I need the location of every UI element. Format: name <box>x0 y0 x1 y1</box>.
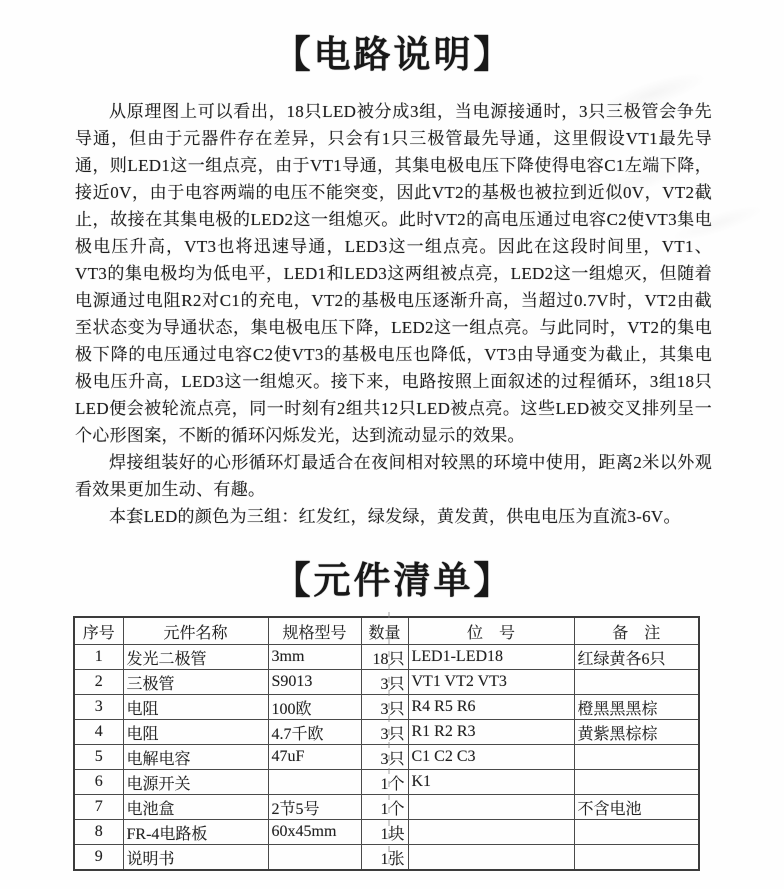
table-row: 1发光二极管3mm18只LED1-LED18红绿黄各6只 <box>74 645 699 670</box>
table-cell: 4.7千欧 <box>268 720 361 745</box>
table-cell: 3 <box>74 695 123 720</box>
table-row: 6电源开关1个K1 <box>74 770 699 795</box>
table-cell: C1 C2 C3 <box>408 745 574 770</box>
table-cell: 不含电池 <box>574 795 699 820</box>
table-cell: 18只 <box>361 645 408 670</box>
table-cell: VT1 VT2 VT3 <box>408 670 574 695</box>
table-cell: K1 <box>408 770 574 795</box>
table-row: 7电池盒2节5号1个不含电池 <box>74 795 699 820</box>
table-cell: 3只 <box>361 720 408 745</box>
table-cell: 电阻 <box>123 720 268 745</box>
table-cell <box>574 845 699 871</box>
table-cell: 47uF <box>268 745 361 770</box>
table-cell <box>408 820 574 845</box>
paragraph-circuit-operation: 从原理图上可以看出，18只LED被分成3组，当电源接通时，3只三极管会争先导通，… <box>75 98 712 449</box>
table-cell: 1张 <box>361 845 408 871</box>
table-cell: S9013 <box>268 670 361 695</box>
table-cell: 1块 <box>361 820 408 845</box>
table-cell <box>268 770 361 795</box>
table-cell: 三极管 <box>123 670 268 695</box>
table-cell: 100欧 <box>268 695 361 720</box>
table-row: 8FR-4电路板60x45mm1块 <box>74 820 699 845</box>
table-cell <box>408 795 574 820</box>
table-row: 9说明书1张 <box>74 845 699 871</box>
table-cell: LED1-LED18 <box>408 645 574 670</box>
table-cell: 3只 <box>361 695 408 720</box>
section-title-circuit-description: 【电路说明】 <box>75 34 712 76</box>
table-cell: 3只 <box>361 745 408 770</box>
table-cell: R4 R5 R6 <box>408 695 574 720</box>
header-quantity: 数量 <box>361 617 408 645</box>
table-cell: 橙黑黑黑棕 <box>574 695 699 720</box>
table-row: 5电解电容47uF3只C1 C2 C3 <box>74 745 699 770</box>
table-cell: R1 R2 R3 <box>408 720 574 745</box>
table-cell: 60x45mm <box>268 820 361 845</box>
table-row: 4电阻4.7千欧3只R1 R2 R3黄紫黑棕棕 <box>74 720 699 745</box>
header-remarks: 备 注 <box>574 617 699 645</box>
header-designator: 位 号 <box>408 617 574 645</box>
circuit-description-body: 从原理图上可以看出，18只LED被分成3组，当电源接通时，3只三极管会争先导通，… <box>75 98 712 530</box>
table-cell: 电阻 <box>123 695 268 720</box>
paragraph-led-colors: 本套LED的颜色为三组：红发红，绿发绿，黄发黄，供电电压为直流3-6V。 <box>75 503 712 530</box>
table-cell: 1个 <box>361 770 408 795</box>
table-row: 2三极管S90133只VT1 VT2 VT3 <box>74 670 699 695</box>
table-cell: 4 <box>74 720 123 745</box>
table-cell: 红绿黄各6只 <box>574 645 699 670</box>
header-component-name: 元件名称 <box>123 617 268 645</box>
table-cell: 2节5号 <box>268 795 361 820</box>
table-cell <box>408 845 574 871</box>
table-cell <box>574 770 699 795</box>
table-cell: 5 <box>74 745 123 770</box>
table-cell: 3只 <box>361 670 408 695</box>
table-cell: 电池盒 <box>123 795 268 820</box>
table-cell: 3mm <box>268 645 361 670</box>
table-header-row: 序号 元件名称 规格型号 数量 位 号 备 注 <box>74 617 699 645</box>
table-cell: 6 <box>74 770 123 795</box>
section-title-parts-list: 【元件清单】 <box>75 560 712 602</box>
table-cell: 电源开关 <box>123 770 268 795</box>
table-cell: 8 <box>74 820 123 845</box>
header-index: 序号 <box>74 617 123 645</box>
table-cell <box>574 670 699 695</box>
table-cell: FR-4电路板 <box>123 820 268 845</box>
table-cell: 说明书 <box>123 845 268 871</box>
table-cell: 9 <box>74 845 123 871</box>
table-cell: 1个 <box>361 795 408 820</box>
table-cell <box>268 845 361 871</box>
table-cell: 黄紫黑棕棕 <box>574 720 699 745</box>
table-cell: 发光二极管 <box>123 645 268 670</box>
header-spec-model: 规格型号 <box>268 617 361 645</box>
table-cell: 7 <box>74 795 123 820</box>
table-body: 1发光二极管3mm18只LED1-LED18红绿黄各6只2三极管S90133只V… <box>74 645 699 871</box>
table-cell: 2 <box>74 670 123 695</box>
table-cell <box>574 745 699 770</box>
paragraph-usage-advice: 焊接组装好的心形循环灯最适合在夜间相对较黑的环境中使用，距离2米以外观看效果更加… <box>75 449 712 503</box>
parts-list-table: 序号 元件名称 规格型号 数量 位 号 备 注 1发光二极管3mm18只LED1… <box>73 616 700 871</box>
table-cell: 1 <box>74 645 123 670</box>
document-page: 【电路说明】 从原理图上可以看出，18只LED被分成3组，当电源接通时，3只三极… <box>0 0 784 889</box>
table-row: 3电阻100欧3只R4 R5 R6橙黑黑黑棕 <box>74 695 699 720</box>
table-cell: 电解电容 <box>123 745 268 770</box>
table-cell <box>574 820 699 845</box>
